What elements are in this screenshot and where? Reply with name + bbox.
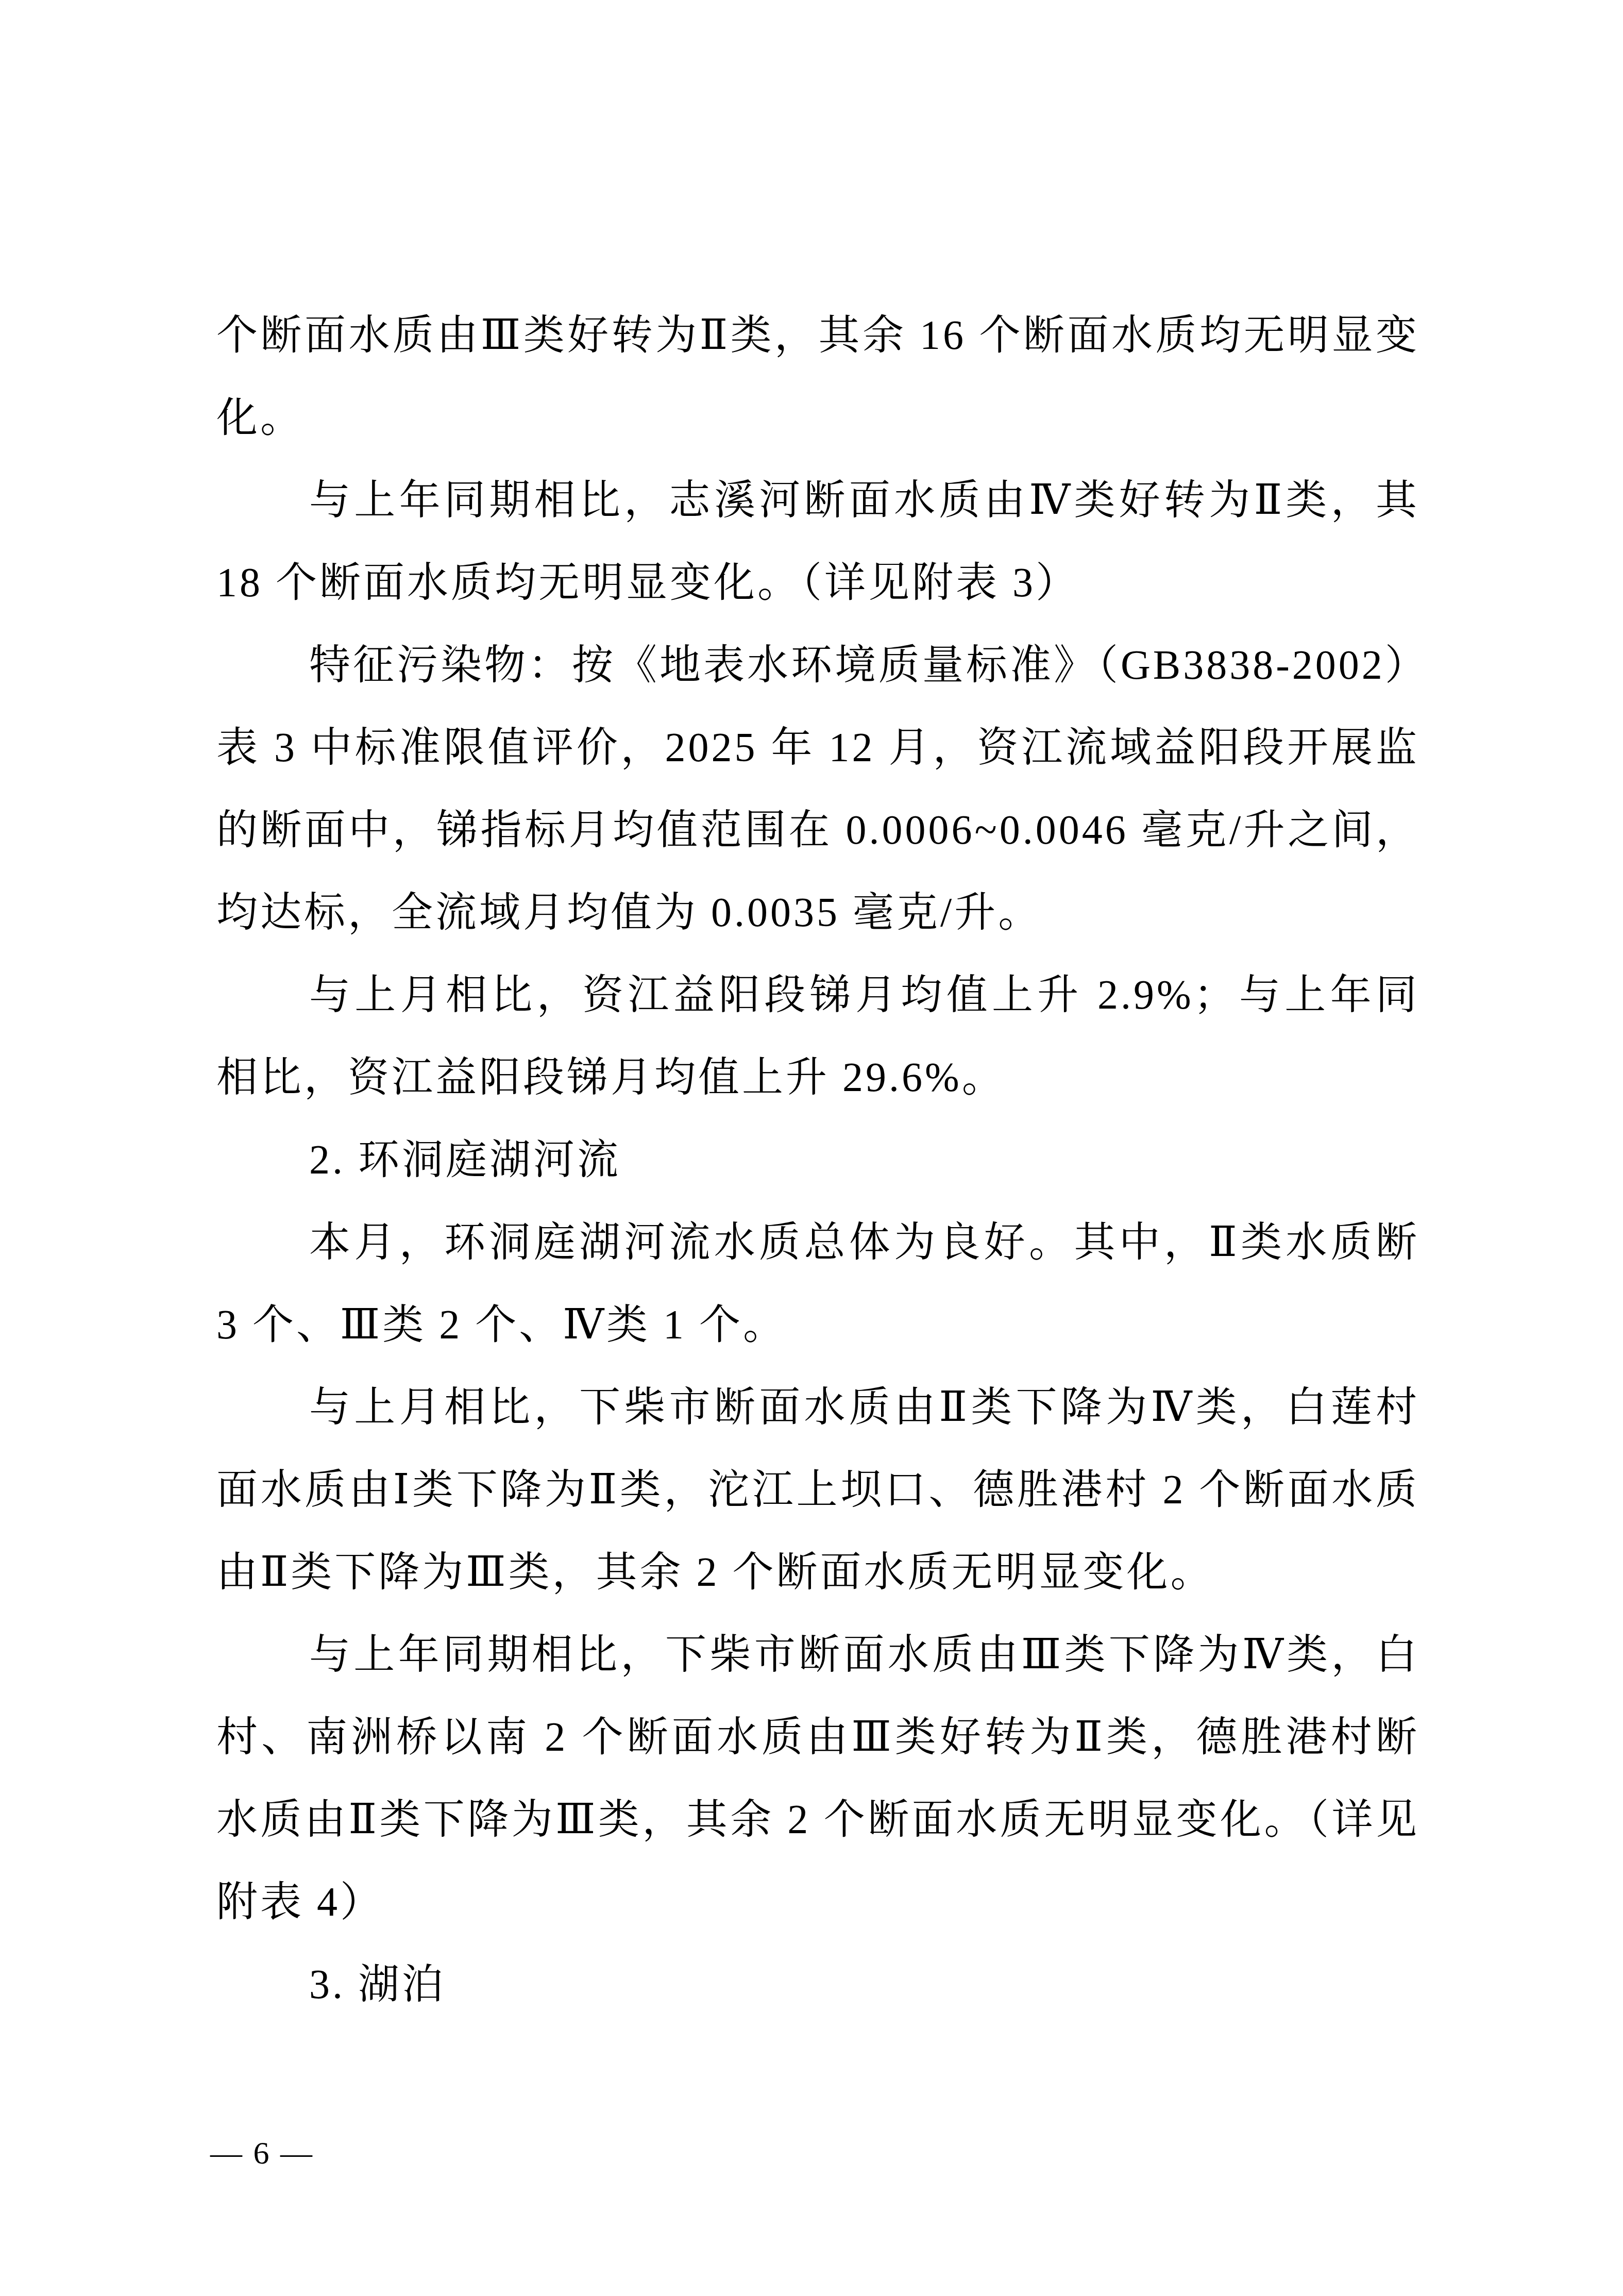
text-line: 附表 4） <box>216 1861 1419 1943</box>
text-line: 均达标，全流域月均值为 0.0035 毫克/升。 <box>216 872 1419 954</box>
text-line: 表 3 中标准限值评价，2025 年 12 月，资江流域益阳段开展监测 <box>216 707 1419 789</box>
text-line: 本月，环洞庭湖河流水质总体为良好。其中，Ⅱ类水质断面 <box>216 1201 1419 1284</box>
text-line: 2. 环洞庭湖河流 <box>216 1119 1419 1201</box>
text-line: 相比，资江益阳段锑月均值上升 29.6%。 <box>216 1036 1419 1119</box>
text-line: 个断面水质由Ⅲ类好转为Ⅱ类，其余 16 个断面水质均无明显变 <box>216 294 1419 377</box>
text-line: 的断面中，锑指标月均值范围在 0.0006~0.0046 毫克/升之间， <box>216 789 1419 872</box>
text-line: 面水质由Ⅰ类下降为Ⅱ类，沱江上坝口、德胜港村 2 个断面水质 <box>216 1449 1419 1531</box>
text-line: 由Ⅱ类下降为Ⅲ类，其余 2 个断面水质无明显变化。 <box>216 1531 1419 1614</box>
text-line: 与上年同期相比，下柴市断面水质由Ⅲ类下降为Ⅳ类，白莲 <box>216 1614 1419 1696</box>
text-line: 与上月相比，下柴市断面水质由Ⅱ类下降为Ⅳ类，白莲村断 <box>216 1366 1419 1449</box>
text-line: 3. 湖泊 <box>216 1943 1419 2026</box>
text-line: 18 个断面水质均无明显变化。（详见附表 3） <box>216 542 1419 624</box>
text-line: 3 个、Ⅲ类 2 个、Ⅳ类 1 个。 <box>216 1284 1419 1366</box>
document-page: 个断面水质由Ⅲ类好转为Ⅱ类，其余 16 个断面水质均无明显变化。与上年同期相比，… <box>0 0 1623 2296</box>
text-line: 特征污染物：按《地表水环境质量标准》（GB3838-2002） <box>216 624 1419 707</box>
text-line: 村、南洲桥以南 2 个断面水质由Ⅲ类好转为Ⅱ类，德胜港村断面 <box>216 1696 1419 1779</box>
body-text: 个断面水质由Ⅲ类好转为Ⅱ类，其余 16 个断面水质均无明显变化。与上年同期相比，… <box>216 294 1419 2026</box>
text-line: 水质由Ⅱ类下降为Ⅲ类，其余 2 个断面水质无明显变化。（详见 <box>216 1779 1419 1861</box>
text-line: 与上月相比，资江益阳段锑月均值上升 2.9%；与上年同期 <box>216 954 1419 1036</box>
text-line: 化。 <box>216 377 1419 459</box>
text-line: 与上年同期相比，志溪河断面水质由Ⅳ类好转为Ⅱ类，其余 <box>216 459 1419 542</box>
page-number: — 6 — <box>210 2135 314 2171</box>
